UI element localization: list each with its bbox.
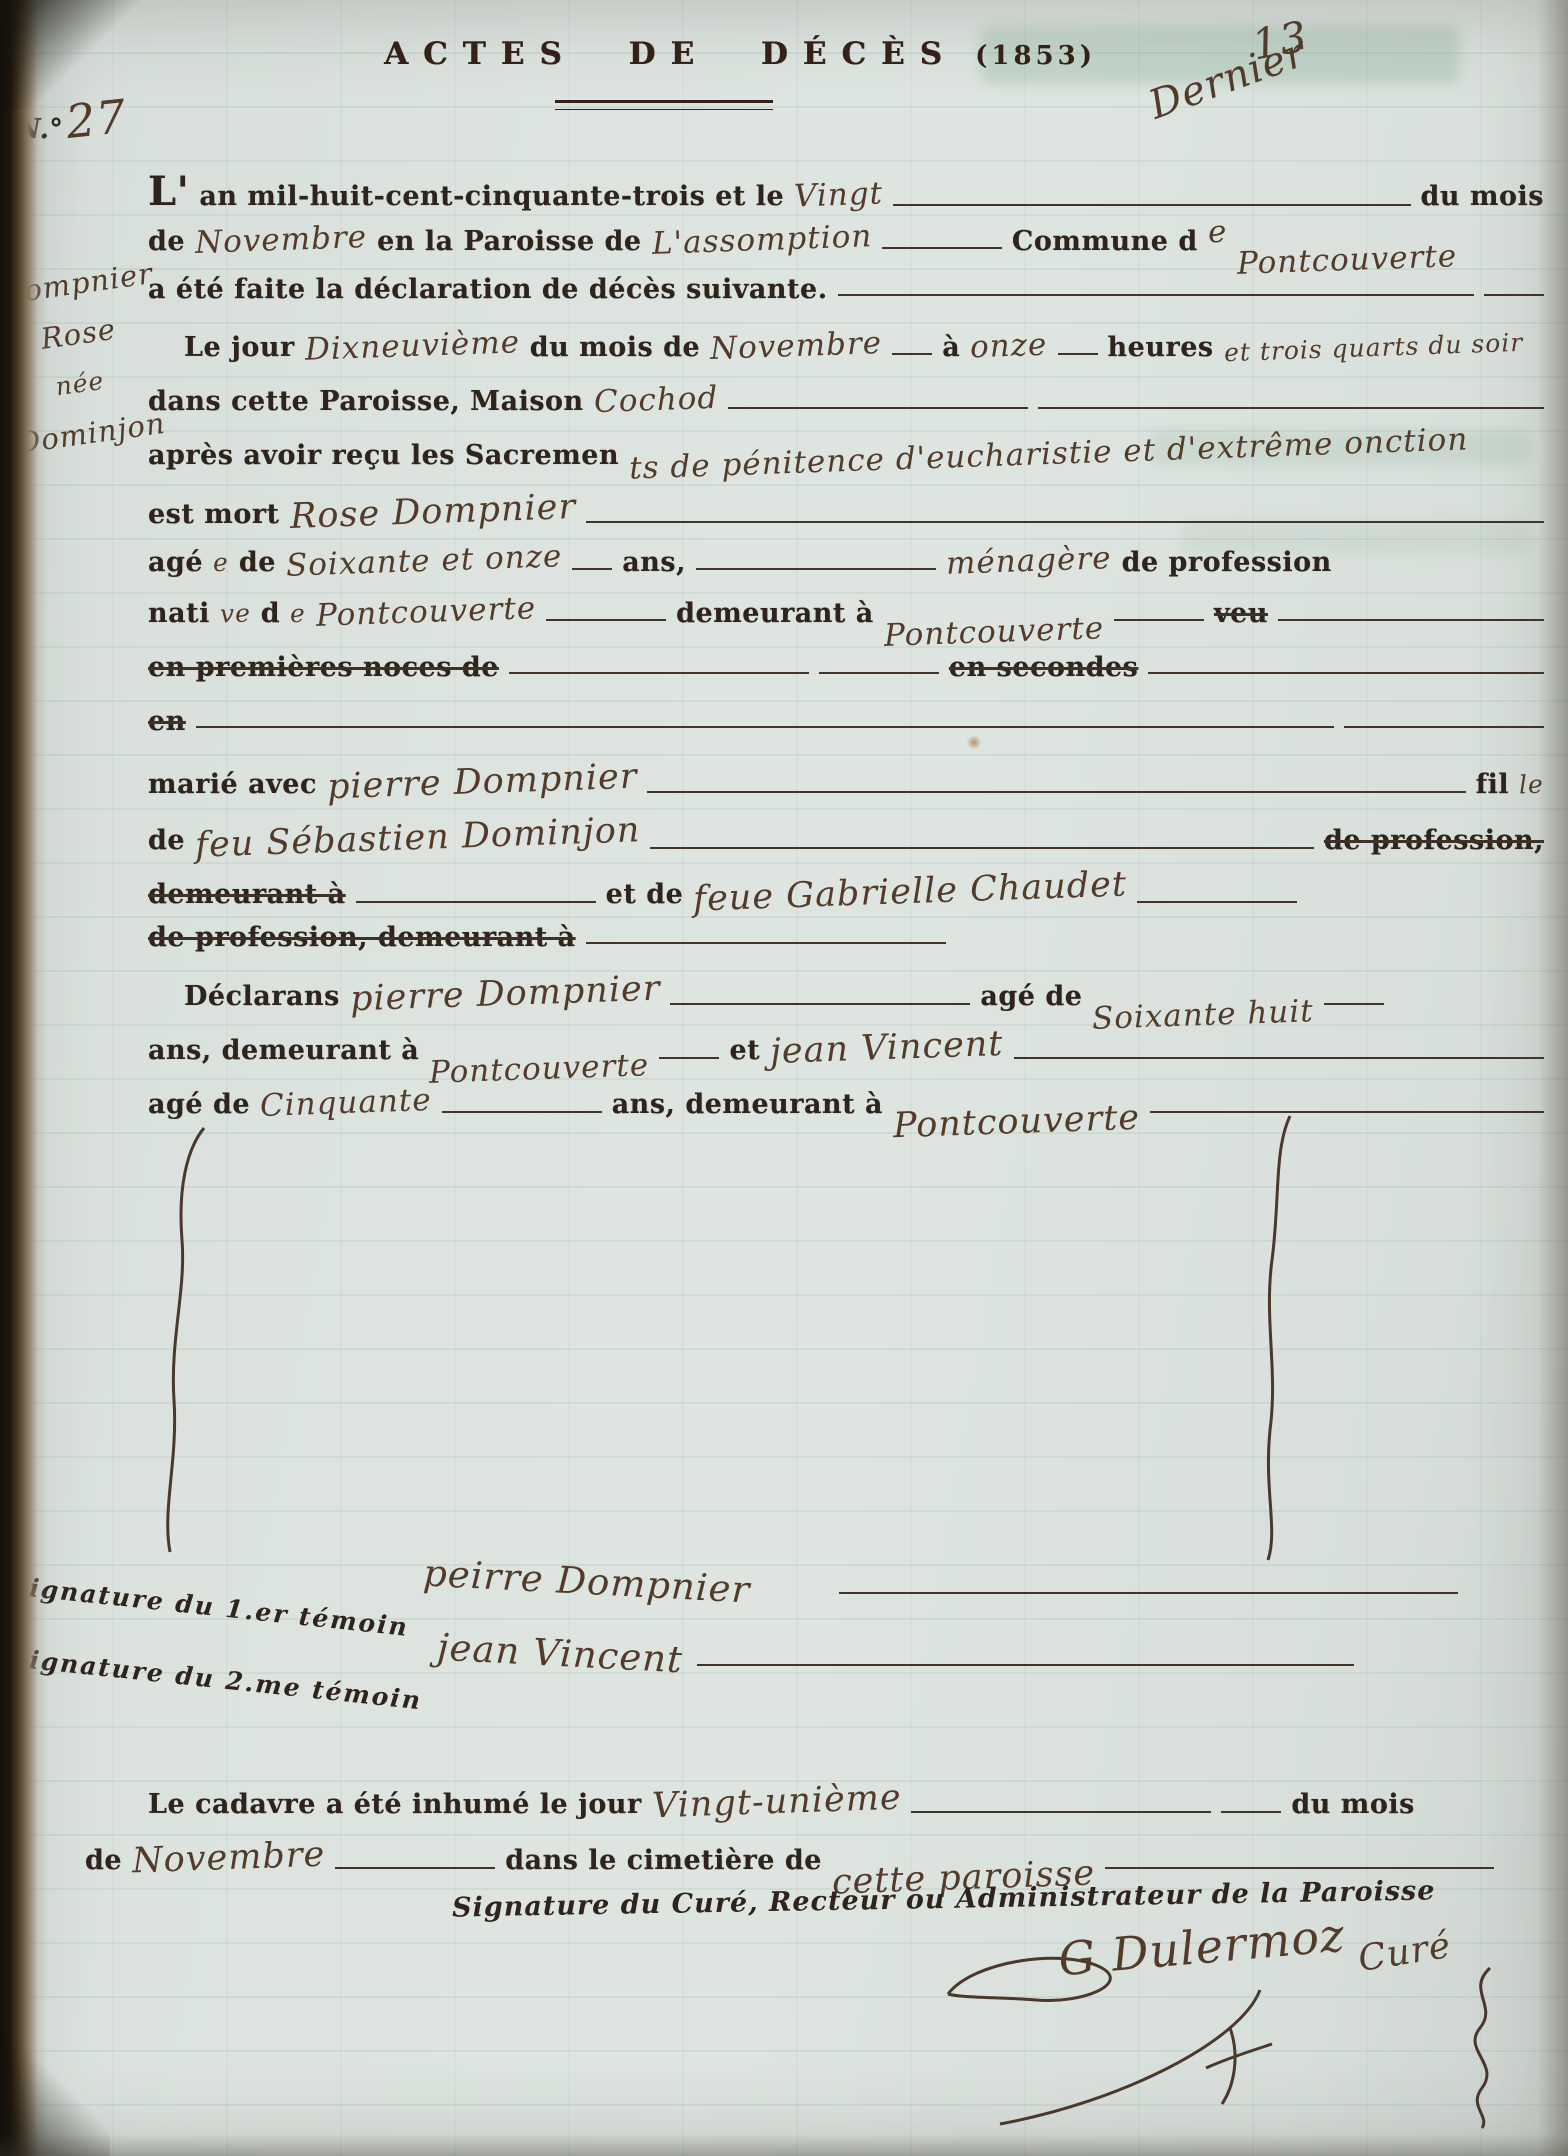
fill-line (882, 247, 1002, 249)
line1-printed-b: du mois (1421, 181, 1544, 212)
residence: Pontcouverte (883, 610, 1104, 654)
declarant2-residence: Pontcouverte (892, 1098, 1140, 1147)
fill-line (1278, 619, 1544, 621)
en-label-struck: en (148, 706, 186, 737)
fill-line (1014, 1057, 1544, 1059)
fill-line (650, 847, 1313, 849)
line17-printed-b: et (729, 1035, 760, 1066)
scan-vignette (0, 0, 1568, 2156)
line8-printed-b: de (239, 547, 276, 578)
line6-printed: après avoir reçu les Sacremen (148, 440, 619, 471)
line18-printed-b: ans, demeurant à (612, 1089, 883, 1120)
line8-printed-d: de profession (1122, 547, 1332, 578)
line8-printed-a: agé (148, 547, 203, 578)
act-line-9: nati ve d e Pontcouverte demeurant à Pon… (148, 594, 1544, 630)
act-line-4: Le jour Dixneuvième du mois de Novembre … (148, 328, 1544, 364)
fill-line (586, 521, 1544, 523)
house-name: Cochod (593, 380, 718, 420)
void-stroke-right (1240, 1110, 1310, 1570)
witness1-signature-row: Signature du 1.er témoin peirre Dompnier (8, 1560, 1458, 1603)
fill-line (647, 791, 1465, 793)
burial-day: Vingt-unième (651, 1778, 902, 1827)
fill-line (546, 619, 666, 621)
line18-printed-a: agé de (148, 1089, 250, 1120)
line5-printed: dans cette Paroisse, Maison (148, 386, 584, 417)
fill-line (586, 942, 946, 944)
declarant2-age: Cinquante (259, 1082, 432, 1124)
line9-printed-c: demeurant à (676, 598, 874, 629)
line9-printed-b: d (261, 598, 280, 629)
fill-line (1221, 1811, 1281, 1813)
line9-printed-struck: veu (1214, 598, 1268, 629)
act-line-16: Déclarans pierre Dompnier agé de Soixant… (148, 974, 1544, 1014)
witness2-signature-row: Signature du 2.me témoin jean Vincent (8, 1632, 1458, 1675)
register-year: (1853) (975, 41, 1096, 71)
fill-line (572, 568, 612, 570)
fill-line (1114, 619, 1204, 621)
fill-line (838, 294, 1474, 296)
fill-line (1484, 294, 1544, 296)
corner-shadow-bottomleft (0, 2016, 110, 2156)
fill-line (1137, 901, 1297, 903)
burial-printed-b: du mois (1291, 1789, 1414, 1820)
burial-printed-c: de (85, 1845, 122, 1876)
fill-line (670, 1003, 970, 1005)
line2-printed-a: de (148, 226, 185, 257)
feminine-ve-insert: ve (219, 598, 251, 628)
fill-line (696, 568, 936, 570)
fill-line (335, 1867, 495, 1869)
handwritten-corner-note: Dernier (1143, 29, 1312, 128)
sacraments-received: ts de pénitence d'eucharistie et d'extrê… (629, 421, 1469, 486)
declarant2-name: jean Vincent (769, 1024, 1004, 1072)
line13-printed: de (148, 825, 185, 856)
fill-line (1150, 1111, 1544, 1113)
residence-label-struck: demeurant à (148, 879, 346, 910)
declaration-month: Novembre (194, 219, 367, 261)
fill-line (442, 1111, 602, 1113)
declarants-label: Déclarans (184, 981, 340, 1012)
act-line-3: a été faite la déclaration de décès suiv… (148, 274, 1544, 305)
fill-line (1038, 407, 1544, 409)
feminine-e-insert: e (213, 548, 230, 578)
death-hour: onze (970, 327, 1049, 366)
act-line-17: ans, demeurant à Pontcouverte et jean Vi… (148, 1028, 1544, 1068)
profession-residence-struck: de profession, demeurant à (148, 922, 576, 953)
fill-line (819, 672, 939, 674)
mother-name: feue Gabrielle Chaudet (693, 864, 1128, 919)
death-hour-detail: et trois quarts du soir (1223, 328, 1523, 367)
header-underline (555, 100, 773, 110)
act-line-10: en premières noces de en secondes (148, 652, 1544, 683)
act-line-2: de Novembre en la Paroisse de L'assompti… (148, 222, 1544, 258)
spouse-name: pierre Dompnier (326, 757, 638, 808)
deceased-profession: ménagère (945, 540, 1112, 582)
deceased-age: Soixante et onze (285, 538, 562, 584)
first-marriage-label-struck: en premières noces de (148, 652, 499, 683)
birthplace: Pontcouverte (315, 590, 536, 634)
act-line-5: dans cette Paroisse, Maison Cochod (148, 382, 1544, 418)
register-title: ACTES DE DÉCÈS (384, 36, 957, 72)
act-line-18: agé de Cinquante ans, demeurant à Pontco… (148, 1082, 1544, 1122)
witness1-signature: peirre Dompnier (423, 1551, 752, 1611)
act-line-8: agé e de Soixante et onze ans, ménagère … (148, 543, 1544, 579)
line8-printed-c: ans, (622, 547, 686, 578)
burial-line-2: de Novembre dans le cimetière de cette p… (85, 1838, 1544, 1878)
father-name: feu Sébastien Dominjon (195, 810, 642, 866)
fill-line (892, 353, 932, 355)
act-line-12: marié avec pierre Dompnier fil le (148, 762, 1544, 802)
fill-line (1058, 353, 1098, 355)
death-day: Dixneuvième (304, 324, 520, 367)
age-label: agé de (980, 981, 1082, 1012)
void-stroke-left (148, 1120, 218, 1560)
death-declaration-day: Vingt (794, 175, 884, 214)
deceased-full-name: Rose Dompnier (289, 487, 576, 537)
fill-line (509, 672, 809, 674)
act-line-6: après avoir reçu les Sacremen ts de péni… (148, 436, 1544, 472)
fill-line (728, 407, 1028, 409)
second-marriage-label-struck: en secondes (949, 652, 1138, 683)
burial-printed-a: Le cadavre a été inhumé le jour (148, 1789, 642, 1820)
line2-printed-c: Commune d (1012, 226, 1198, 257)
burial-line-1: Le cadavre a été inhumé le jour Vingt-un… (148, 1782, 1468, 1822)
line4-printed-a: Le jour (184, 332, 295, 363)
apostrophe-mark: e (1207, 214, 1228, 251)
fill-line (659, 1057, 719, 1059)
declarant1-name: pierre Dompnier (349, 969, 661, 1020)
cure-signature-block: G Dulermoz Curé (930, 1898, 1530, 2148)
act-number-value: 27 (63, 89, 129, 149)
page-edge-right (1538, 0, 1568, 2156)
fill-line (1344, 726, 1544, 728)
line2-printed-b: en la Paroisse de (377, 226, 641, 257)
parish-name: L'assomption (651, 218, 872, 262)
fill-line (1324, 1003, 1384, 1005)
page-header: ACTES DE DÉCÈS(1853) (330, 36, 1150, 72)
line3-printed: a été faite la déclaration de décès suiv… (148, 274, 828, 305)
act-line-13: de feu Sébastien Dominjon de profession, (148, 818, 1544, 858)
witness2-label: Signature du 2.me témoin (8, 1643, 423, 1715)
act-line-11: en (148, 706, 1544, 737)
signature-line (839, 1592, 1458, 1594)
burial-printed-d: dans le cimetière de (505, 1845, 822, 1876)
profession-label-struck: de profession, (1324, 825, 1544, 856)
burial-month: Novembre (131, 1835, 326, 1882)
line14-printed: et de (606, 879, 684, 910)
act-line-15: de profession, demeurant à (148, 922, 1544, 953)
line9-printed-a: nati (148, 598, 210, 629)
act-number-label: N.° (16, 114, 63, 145)
fill-line (356, 901, 596, 903)
fill-line (1148, 672, 1544, 674)
death-register-page: ACTES DE DÉCÈS(1853) 13 Dernier N.° 27 D… (0, 0, 1568, 2156)
fille-printed: fil (1476, 769, 1510, 800)
act-line-1: L' an mil-huit-cent-cinquante-trois et l… (148, 168, 1544, 215)
line1-printed: an mil-huit-cent-cinquante-trois et le (199, 181, 784, 212)
death-month: Novembre (710, 325, 883, 367)
fill-line (196, 726, 1334, 728)
line17-printed-a: ans, demeurant à (148, 1035, 419, 1066)
fille-hand-suffix: le (1519, 770, 1545, 800)
line7-printed: est mort (148, 499, 280, 530)
fill-line (1105, 1867, 1494, 1869)
paper-ruling (0, 0, 1568, 2156)
line4-printed-b: du mois de (530, 332, 700, 363)
signature-line (697, 1664, 1354, 1666)
line4-printed-d: heures (1108, 332, 1214, 363)
act-line-7: est mort Rose Dompnier (148, 492, 1544, 532)
line12-printed: marié avec (148, 769, 317, 800)
initial-cap: L' (148, 168, 189, 215)
fill-line (893, 204, 1410, 206)
witness2-signature: jean Vincent (436, 1626, 684, 1682)
act-line-14: demeurant à et de feue Gabrielle Chaudet (148, 872, 1544, 912)
line4-printed-c: à (942, 332, 960, 363)
ink-stain (966, 736, 982, 749)
fill-line (911, 1811, 1211, 1813)
e-insert: e (290, 599, 307, 629)
